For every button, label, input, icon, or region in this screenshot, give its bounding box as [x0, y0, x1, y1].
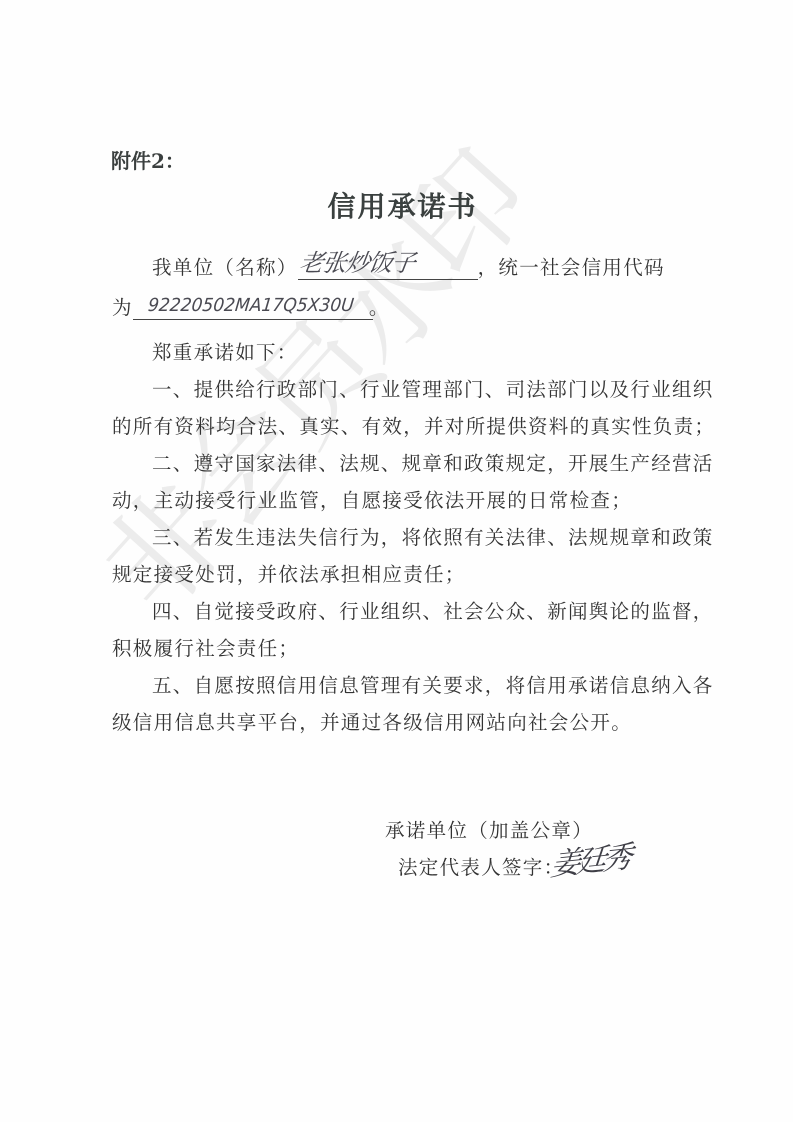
commitment-5-line-1: 五、自愿按照信用信息管理有关要求，将信用承诺信息纳入各: [152, 670, 742, 698]
intro-line-2: 为92220502MA17Q5X30U。: [112, 292, 702, 320]
credit-code-field: 92220502MA17Q5X30U: [133, 295, 373, 320]
commitment-3-line-1: 三、若发生违法失信行为，将依照有关法律、法规规章和政策: [152, 522, 742, 550]
credit-code-handwritten: 92220502MA17Q5X30U: [147, 295, 355, 316]
intro-prefix: 我单位（名称）: [152, 256, 298, 279]
unit-name-handwritten: 老张炒饭子: [297, 243, 417, 278]
commitment-1-line-2: 的所有资料均合法、真实、有效，并对所提供资料的真实性负责；: [112, 411, 702, 439]
legal-rep-signature: 姜廷秀: [549, 832, 631, 885]
document-title: 信用承诺书: [0, 185, 793, 225]
intro-line-1: 我单位（名称）老张炒饭子，统一社会信用代码: [152, 252, 742, 280]
unit-name-field: 老张炒饭子: [298, 255, 478, 280]
legal-rep-label: 法定代表人签字：: [398, 852, 564, 880]
commitment-4-line-1: 四、自觉接受政府、行业组织、社会公众、新闻舆论的监督，: [152, 596, 742, 624]
commitment-2-line-1: 二、遵守国家法律、法规、规章和政策规定，开展生产经营活: [152, 448, 742, 476]
code-prefix: 为: [112, 296, 133, 319]
commitment-4-line-2: 积极履行社会责任；: [112, 633, 702, 661]
attachment-label: 附件2：: [111, 145, 185, 174]
solemn-statement: 郑重承诺如下：: [152, 337, 742, 365]
commitment-2-line-2: 动，主动接受行业监管，自愿接受依法开展的日常检查；: [112, 485, 702, 513]
document-page: 非会员水印 附件2： 信用承诺书 我单位（名称）老张炒饭子，统一社会信用代码 为…: [0, 0, 793, 1122]
intro-middle: ，统一社会信用代码: [478, 256, 665, 279]
commitment-1-line-1: 一、提供给行政部门、行业管理部门、司法部门以及行业组织: [152, 374, 742, 402]
commitment-5-line-2: 级信用信息共享平台，并通过各级信用网站向社会公开。: [112, 707, 702, 735]
commitment-3-line-2: 规定接受处罚，并依法承担相应责任；: [112, 559, 702, 587]
